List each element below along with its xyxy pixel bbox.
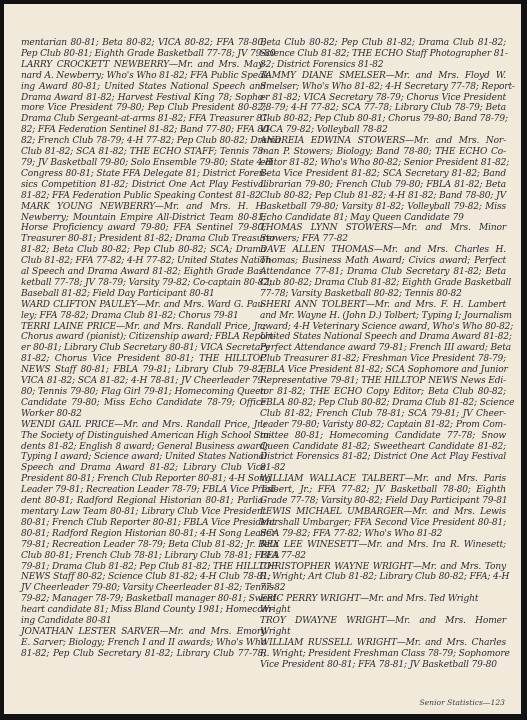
text-line: Librarian 79-80; French Club 79-80; FBLA… (260, 180, 506, 191)
text-line: VICA 79-82; Volleyball 78-82 (260, 125, 506, 136)
text-line: 81-82; FFA Federation Public Speaking Co… (21, 191, 266, 202)
text-line: LEWIS MICHAEL UMBARGER—Mr. and Mrs. Lewi… (260, 507, 506, 518)
text-line: Smelser; Who's Who 81-82; 4-H Secretary … (260, 82, 506, 93)
text-line: REX LEE WINESETT—Mr. and Mrs. Ira R. Win… (260, 540, 506, 551)
text-line: NEWS Staff 80-81; FBLA 79-81; Library Cl… (21, 365, 266, 376)
text-line: WILLIAM RUSSELL WRIGHT—Mr. and Mrs. Char… (260, 638, 506, 649)
text-line: Congress 80-81; State FFA Delegate 81; D… (21, 169, 266, 180)
text-line: R. Wright; Art Club 81-82; Library Club … (260, 572, 506, 583)
text-line: MARK YOUNG NEWBERRY—Mr. and Mrs. H. H. (21, 202, 266, 213)
text-line: President 80-81; French Club Reporter 80… (21, 474, 266, 485)
text-line: 78-79; 4-H 77-82; SCA 77-78; Library Clu… (260, 103, 506, 114)
text-line: Attendance 77-81; Drama Club Secretary 8… (260, 267, 506, 278)
text-line: Horse Proficiency award 79-80; FFA Senti… (21, 223, 266, 234)
text-line: District Forensics 81-82; District One A… (260, 452, 506, 463)
text-line: Typing I award; Science award; United St… (21, 452, 266, 463)
text-line: tor 81-82; THE ECHO Copy Editor; Beta Cl… (260, 387, 506, 398)
text-line: 79; JV Basketball 79-80; Solo Ensemble 7… (21, 158, 266, 169)
text-line: TERRI LAINE PRICE—Mr. and Mrs. Randall P… (21, 322, 266, 333)
text-line: and Mr. Wayne H. (John D.) Tolbert; Typi… (260, 311, 506, 322)
text-line: SCA 79-82; FFA 77-82; Who's Who 81-82 (260, 529, 506, 540)
text-line: Grade 77-78; Varsity 80-82; Field Day Pa… (260, 496, 506, 507)
text-line: ley; FFA 78-82; Drama Club 81-82; Chorus… (21, 311, 266, 322)
text-line: 77-78; Varsity Basketball 80-82; Tennis … (260, 289, 506, 300)
text-line: heart candidate 81; Miss Bland County 19… (21, 605, 266, 616)
text-line: Speech and Drama Award 81-82; Library Cl… (21, 463, 266, 474)
text-line: leader 79-80; Varisty 80-82; Captain 81-… (260, 420, 506, 431)
text-line: Talbert, Jr.; FFA 77-82; JV Basketball 7… (260, 485, 506, 496)
text-line: Club Treasurer 81-82; Freshman Vice Pres… (260, 354, 506, 365)
page-folio: Senior Statistics—123 (419, 698, 505, 707)
text-line: al Speech and Drama Award 81-82; Eighth … (21, 267, 266, 278)
text-line: Beta Vice President 81-82; SCA Secretary… (260, 169, 506, 180)
text-line: 79-81; Drama Club 81-82; Pep Club 81-82;… (21, 562, 266, 573)
text-line: 81-82 (260, 463, 506, 474)
text-line: NEWS Staff 80-82; Science Club 81-82; 4-… (21, 572, 266, 583)
text-line: Chorus award (pianist); Citizenship awar… (21, 332, 266, 343)
text-line: Thomas; Business Math Award; Civics awar… (260, 256, 506, 267)
text-line: Club 81-82; FFA 77-82; 4-H 77-82; United… (21, 256, 266, 267)
text-line: Stowers; FFA 77-82 (260, 234, 506, 245)
text-line: Beta Club 80-82; Pep Club 81-82; Drama C… (260, 38, 506, 49)
text-line: ing Candidate 80-81 (21, 616, 266, 627)
text-line: CHRISTOPHER WAYNE WRIGHT—Mr. and Mrs. To… (260, 562, 506, 573)
text-line: 77-82 (260, 583, 506, 594)
text-line: ing Award 80-81; United States National … (21, 82, 266, 93)
text-line: ketball 77-78; JV 78-79; Varsity 79-82; … (21, 278, 266, 289)
yearbook-page: mentarian 80-81; Beta 80-82; VICA 80-82;… (4, 4, 521, 714)
text-line: ERIC PERRY WRIGHT—Mr. and Mrs. Ted Wrigh… (260, 594, 506, 605)
text-line: Baseball 81-82; Field Day Participant 80… (21, 289, 266, 300)
text-line: mentarian 80-81; Beta 80-82; VICA 80-82;… (21, 38, 266, 49)
text-line: FBLA 80-82; Pep Club 80-82; Drama Club 8… (260, 398, 506, 409)
text-line: Drama Club Sergeant-at-arms 81-82; FFA T… (21, 114, 266, 125)
text-line: LARRY CROCKETT NEWBERRY—Mr. and Mrs. May… (21, 60, 266, 71)
text-line: Echo Candidate 81; May Queen Candidate 7… (260, 213, 506, 224)
text-line: 81-82; Chorus Vice President 80-81; THE … (21, 354, 266, 365)
text-line: The Society of Distinguished American Hi… (21, 431, 266, 442)
text-line: 80; Tennis 79-80; Flag Girl 79-81; Homec… (21, 387, 266, 398)
text-line: DAVE ALLEN THOMAS—Mr. and Mrs. Charles H… (260, 245, 506, 256)
text-line: Marshall Umbarger; FFA Second Vice Presi… (260, 518, 506, 529)
text-line: Wright (260, 627, 506, 638)
text-line: Candidate 79-80; Miss Echo Candidate 78-… (21, 398, 266, 409)
text-line: 79-81; Recreation Leader 78-79; Beta Clu… (21, 540, 266, 551)
text-line: R. Wright; President Freshman Class 78-7… (260, 649, 506, 660)
text-line: Newberry; Mountain Empire All-District T… (21, 213, 266, 224)
text-line: Treasurer 80-81; President 81-82; Drama … (21, 234, 266, 245)
text-line: Club 81-82; French Club 78-81; SCA 79-81… (260, 409, 506, 420)
text-line: award; 4-H Veterinary Science award, Who… (260, 322, 506, 333)
text-line: 82; District Forensics 81-82 (260, 60, 506, 71)
text-line: more Vice President 79-80; Pep Club Pres… (21, 103, 266, 114)
text-line: TROY DWAYNE WRIGHT—Mr. and Mrs. Homer (260, 616, 506, 627)
text-line: WILLIAM WALLACE TALBERT—Mr. and Mrs. Par… (260, 474, 506, 485)
text-line: JONATHAN LESTER SARVER—Mr. and Mrs. Emor… (21, 627, 266, 638)
text-line: FFA 77-82 (260, 551, 506, 562)
text-line: mittee 80-81; Homecoming Candidate 77-78… (260, 431, 506, 442)
text-line: nard A. Newberry; Who's Who 81-82; FFA P… (21, 71, 266, 82)
left-text-column: mentarian 80-81; Beta 80-82; VICA 80-82;… (21, 38, 266, 660)
text-line: Perfect Attendance award 79-81; French I… (260, 343, 506, 354)
text-line: editor 81-82; Who's Who 80-82; Senior Pr… (260, 158, 506, 169)
text-line: 82; FFA Federation Sentinel 81-82; Band … (21, 125, 266, 136)
text-line: Club 80-82; Pep Club 80-81; Chorus 79-80… (260, 114, 506, 125)
text-line: dent 80-81; Radford Regional Historian 8… (21, 496, 266, 507)
text-line: mentary Law Team 80-81; Library Club Vic… (21, 507, 266, 518)
text-line: sics Competition 81-82; District One Act… (21, 180, 266, 191)
text-line: WARD CLIFTON PAULEY—Mr. and Mrs. Ward G.… (21, 300, 266, 311)
text-line: 80-81; Radford Region Historian 80-81; 4… (21, 529, 266, 540)
text-line: er 81-82; VICA Secretary 78-79; Chorus V… (260, 93, 506, 104)
text-line: Science Club 81-82; THE ECHO Staff Photo… (260, 49, 506, 60)
text-line: Club 80-81; French Club 78-81; Library C… (21, 551, 266, 562)
text-line: 80-81; French Club Reporter 80-81; FBLA … (21, 518, 266, 529)
text-line: WENDI GAIL PRICE—Mr. and Mrs. Randall Pr… (21, 420, 266, 431)
text-line: Representative 79-81; THE HILLTOP NEWS N… (260, 376, 506, 387)
text-line: Wright (260, 605, 506, 616)
right-text-column: Beta Club 80-82; Pep Club 81-82; Drama C… (260, 38, 506, 671)
text-line: Vice President 80-81; FFA 78-81; JV Bask… (260, 660, 506, 671)
text-line: Club 81-82; SCA 81-82; THE ECHO STAFF; T… (21, 147, 266, 158)
text-line: dents 81-82; English 8 award; General Bu… (21, 442, 266, 453)
text-line: Queen Candidate 81-82; Sweetheart Candid… (260, 442, 506, 453)
text-line: man P. Stowers; Biology; Band 78-80; THE… (260, 147, 506, 158)
text-line: 79-82; Manager 78-79; Basketball manager… (21, 594, 266, 605)
text-line: Leader 79-81; Recreation Leader 78-79; F… (21, 485, 266, 496)
text-line: Worker 80-82 (21, 409, 266, 420)
text-line: Basketball 79-80; Varsity 81-82; Volleyb… (260, 202, 506, 213)
text-line: Drama Award 81-82; Harvest Festival King… (21, 93, 266, 104)
text-line: SHERI ANN TOLBERT—Mr. and Mrs. F. H. Lam… (260, 300, 506, 311)
text-line: 82; French Club 78-79; 4-H 77-82; Pep Cl… (21, 136, 266, 147)
text-line: JV Cheerleader 79-80; Varsity Cheerleade… (21, 583, 266, 594)
text-line: Pep Club 80-81; Eighth Grade Basketball … (21, 49, 266, 60)
text-line: 81-82; Beta Club 80-82; Pep Club 80-82; … (21, 245, 266, 256)
text-line: TAMMY DIANE SMELSER—Mr. and Mrs. Floyd W… (260, 71, 506, 82)
text-line: FBLA Vice President 81-82; SCA Sophomore… (260, 365, 506, 376)
text-line: ANDREIA EDWINA STOWERS—Mr. and Mrs. Nor- (260, 136, 506, 147)
text-line: THOMAS LYNN STOWERS—Mr. and Mrs. Minor (260, 223, 506, 234)
text-line: E. Sarver; Biology; French I and II awar… (21, 638, 266, 649)
text-line: United States National Speech and Drama … (260, 332, 506, 343)
text-line: Club 80-82; Drama Club 81-82; Eighth Gra… (260, 278, 506, 289)
text-line: VICA 81-82; SCA 81-82; 4-H 78-81; JV Che… (21, 376, 266, 387)
text-line: er 80-81; Library Club Secretary 80-81; … (21, 343, 266, 354)
text-line: 81-82; Pep Club Secretary 81-82; Library… (21, 649, 266, 660)
text-line: Club 80-82; Pep Club 81-82; 4-H 81-82; B… (260, 191, 506, 202)
